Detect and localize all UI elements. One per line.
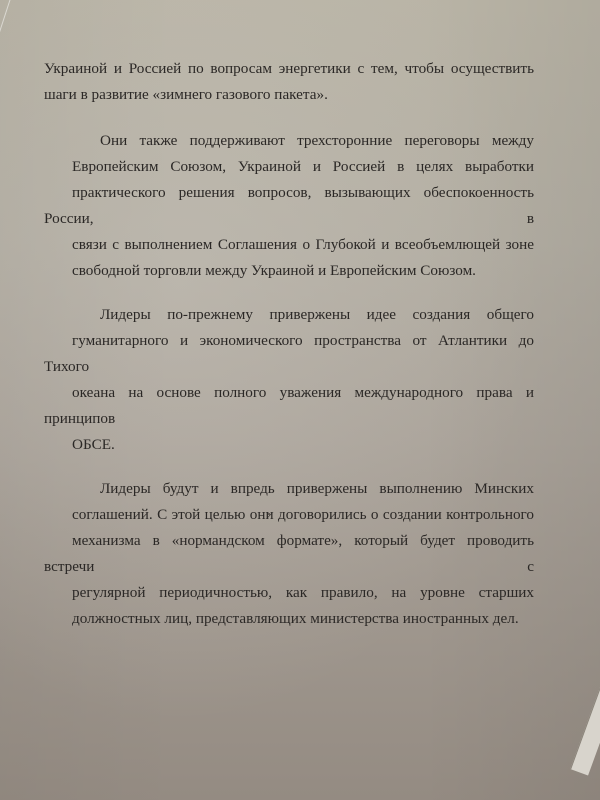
text-line: практического решения вопросов, вызывающ… bbox=[44, 180, 534, 232]
text-line: ОБСЕ. bbox=[44, 432, 534, 458]
document-body: Украиной и Россией по вопросам энергетик… bbox=[44, 56, 534, 646]
text-line: должностных лиц, представляющих министер… bbox=[44, 606, 534, 632]
text-line: соглашений. С этой целью они договорилис… bbox=[44, 502, 534, 528]
paragraph-3: Лидеры по-прежнему привержены идее созда… bbox=[44, 302, 534, 458]
text-line: Они также поддерживают трехсторонние пер… bbox=[44, 128, 534, 154]
text-line: регулярной периодичностью, как правило, … bbox=[44, 580, 534, 606]
paragraph-1: Украиной и Россией по вопросам энергетик… bbox=[44, 56, 534, 108]
text-line: шаги в развитие «зимнего газового пакета… bbox=[44, 82, 534, 108]
text-line: свободной торговли между Украиной и Евро… bbox=[44, 258, 534, 284]
text-line: Лидеры по-прежнему привержены идее созда… bbox=[44, 302, 534, 328]
text-line: гуманитарного и экономического пространс… bbox=[44, 328, 534, 380]
print-speck bbox=[268, 513, 270, 515]
paragraph-2: Они также поддерживают трехсторонние пер… bbox=[44, 128, 534, 284]
page-edge bbox=[0, 0, 11, 37]
text-line: Европейским Союзом, Украиной и Россией в… bbox=[44, 154, 534, 180]
paragraph-4: Лидеры будут и впредь привержены выполне… bbox=[44, 476, 534, 632]
page-edge bbox=[570, 684, 600, 775]
text-line: механизма в «нормандском формате», котор… bbox=[44, 528, 534, 580]
text-line: Лидеры будут и впредь привержены выполне… bbox=[44, 476, 534, 502]
text-line: океана на основе полного уважения междун… bbox=[44, 380, 534, 432]
text-line: Украиной и Россией по вопросам энергетик… bbox=[44, 56, 534, 82]
text-line: связи с выполнением Соглашения о Глубоко… bbox=[44, 232, 534, 258]
